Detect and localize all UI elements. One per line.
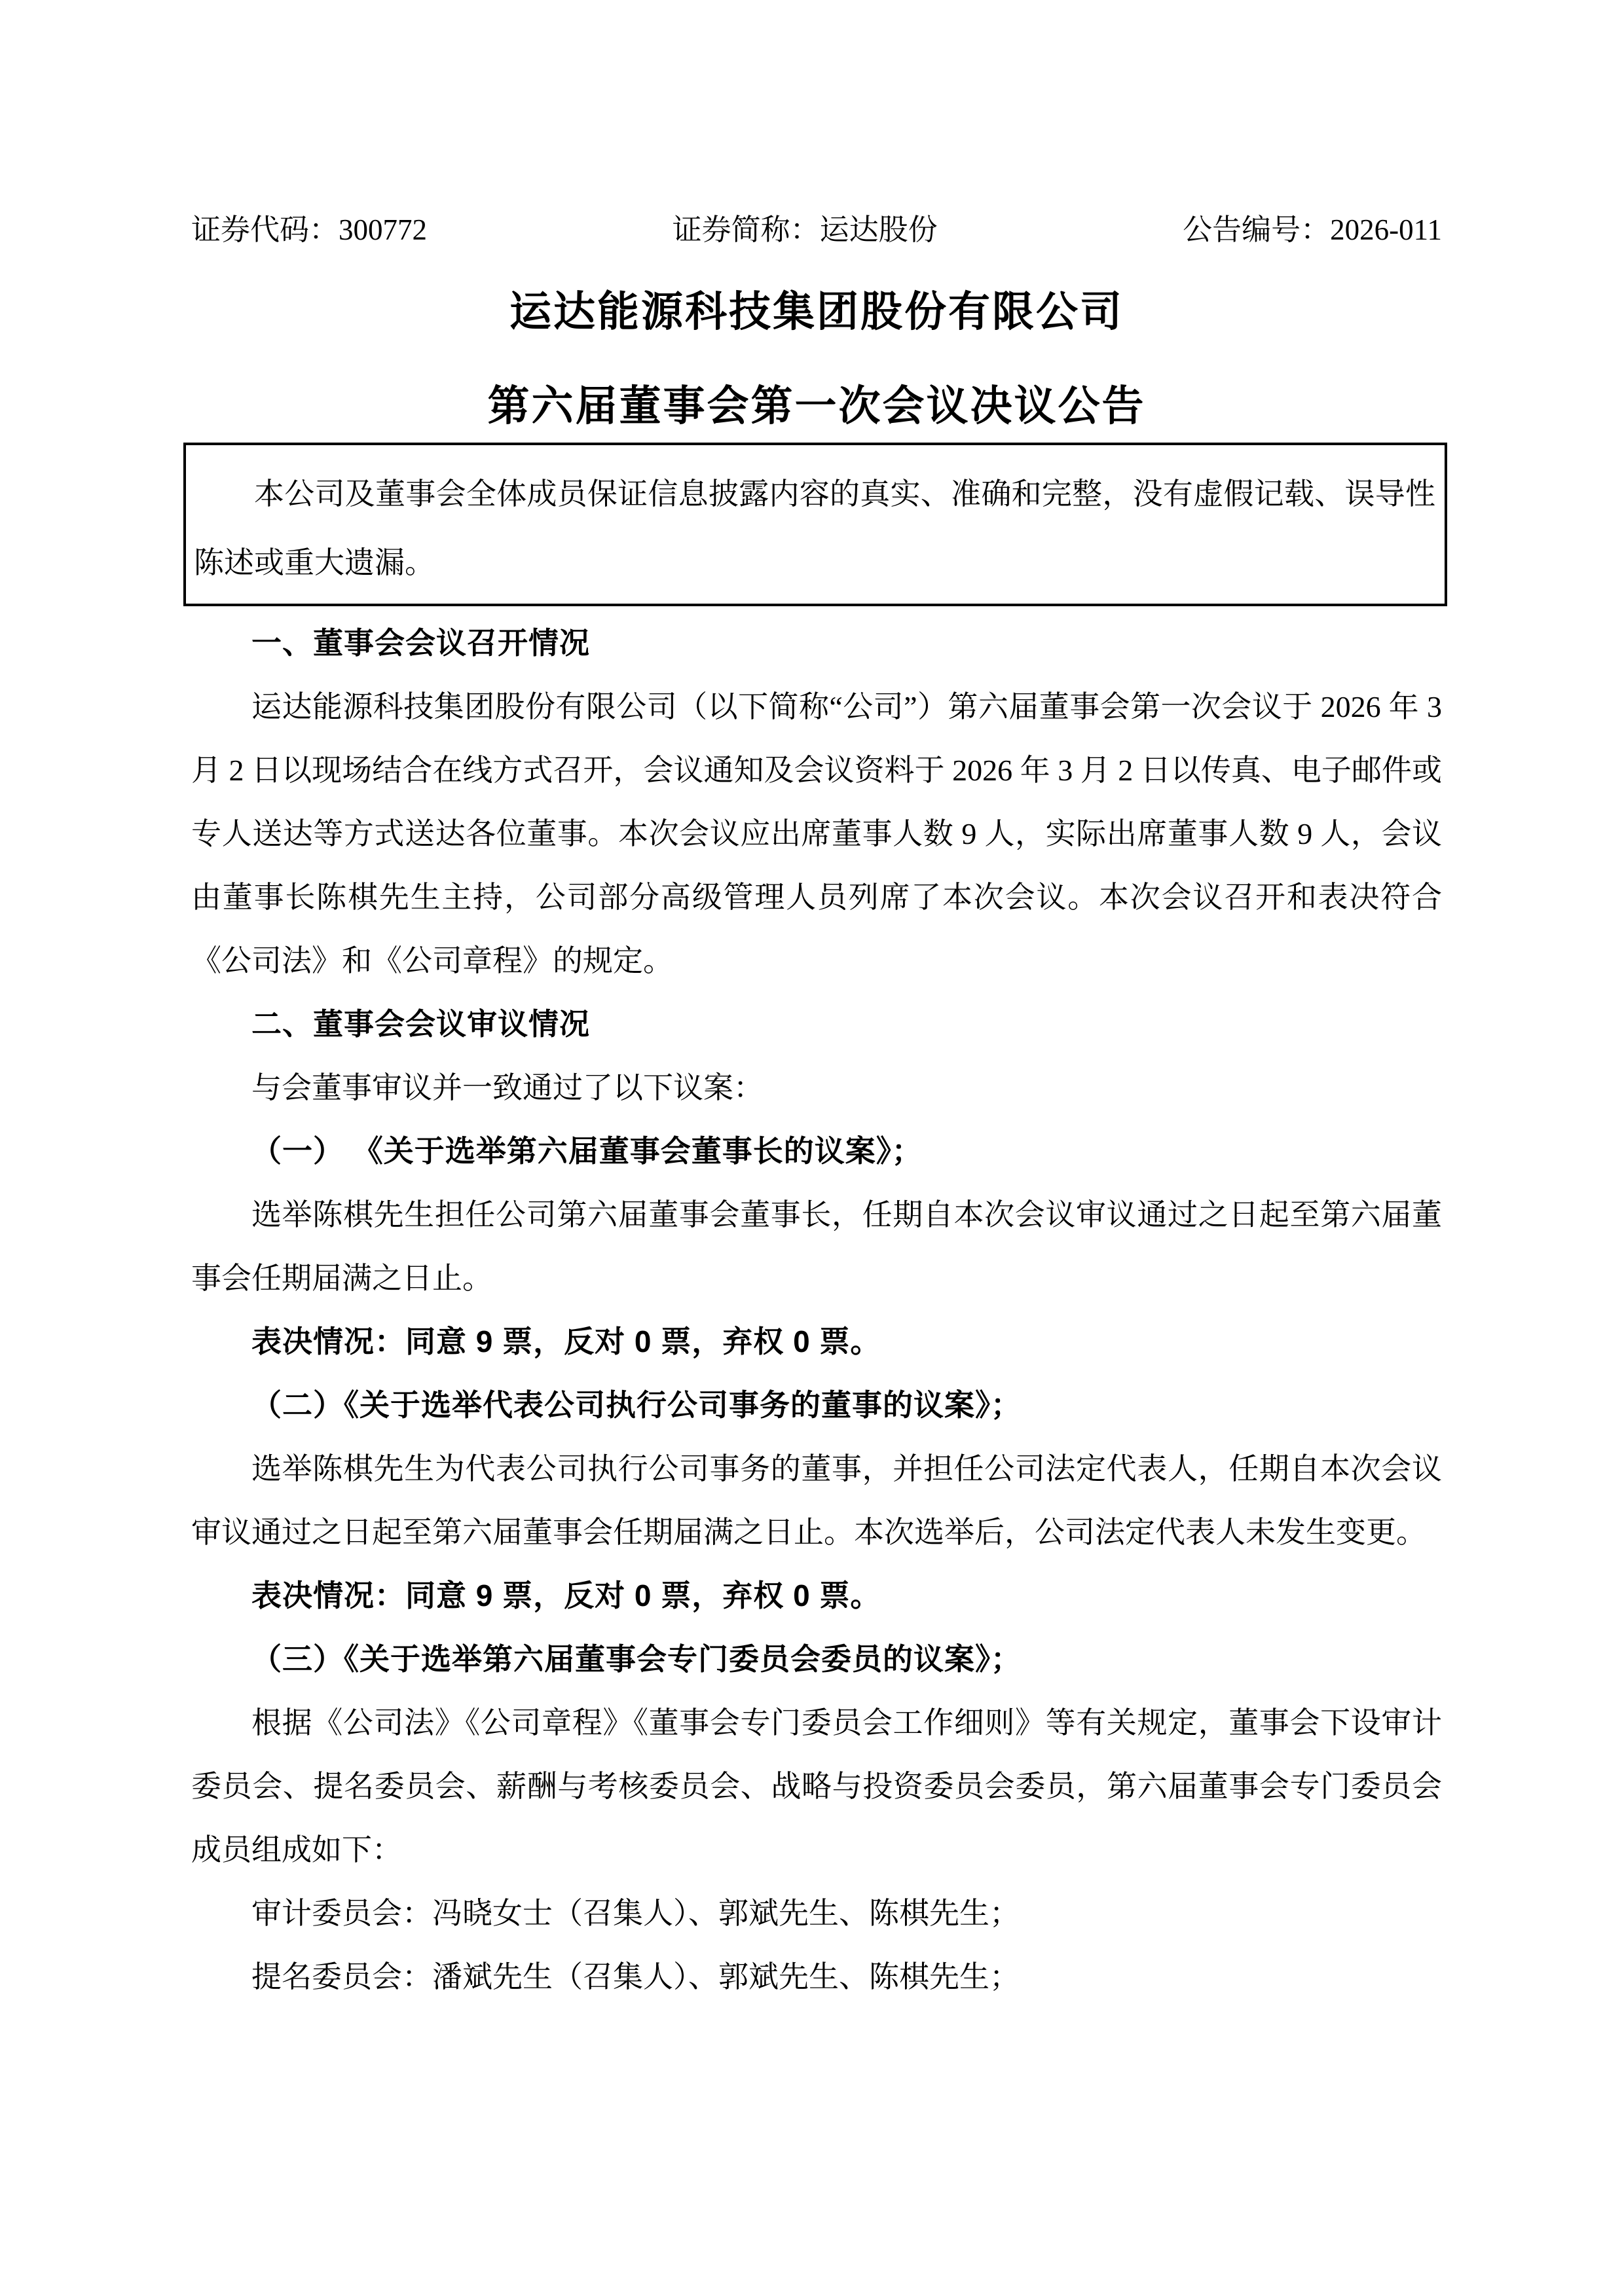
announcement-number-text: 公告编号：2026-011 xyxy=(1183,211,1442,249)
stock-short-name-text: 证券简称：运达股份 xyxy=(673,211,938,249)
document-header: 证券代码：300772 证券简称：运达股份 公告编号：2026-011 xyxy=(191,211,1442,249)
proposal-2-content-paragraph: 选举陈棋先生为代表公司执行公司事务的董事，并担任公司法定代表人，任期自本次会议审… xyxy=(191,1437,1442,1564)
nomination-committee-members: 提名委员会：潘斌先生（召集人）、郭斌先生、陈棋先生； xyxy=(191,1945,1442,2009)
section-heading-meeting-convening: 一、董事会会议召开情况 xyxy=(191,611,1442,675)
proposal-1-vote-result: 表决情况：同意 9 票，反对 0 票，弃权 0 票。 xyxy=(191,1310,1442,1374)
proposal-1-heading: （一） 《关于选举第六届董事会董事长的议案》； xyxy=(191,1120,1442,1183)
proposal-2-heading: （二）《关于选举代表公司执行公司事务的董事的议案》； xyxy=(191,1374,1442,1437)
company-name-title: 运达能源科技集团股份有限公司 xyxy=(191,288,1442,335)
meeting-convening-paragraph: 运达能源科技集团股份有限公司（以下简称“公司”）第六届董事会第一次会议于 202… xyxy=(191,675,1442,993)
proposal-3-content-paragraph: 根据《公司法》《公司章程》《董事会专门委员会工作细则》等有关规定，董事会下设审计… xyxy=(191,1691,1442,1882)
proposal-3-heading: （三）《关于选举第六届董事会专门委员会委员的议案》； xyxy=(191,1628,1442,1691)
stock-code-text: 证券代码：300772 xyxy=(191,211,427,249)
document-page: 证券代码：300772 证券简称：运达股份 公告编号：2026-011 运达能源… xyxy=(0,0,1624,2296)
disclaimer-text: 本公司及董事会全体成员保证信息披露内容的真实、准确和完整，没有虚假记载、误导性陈… xyxy=(194,460,1435,597)
announcement-title: 第六届董事会第一次会议决议公告 xyxy=(191,382,1442,429)
audit-committee-members: 审计委员会：冯晓女士（召集人）、郭斌先生、陈棋先生； xyxy=(191,1882,1442,1945)
proposal-2-vote-result: 表决情况：同意 9 票，反对 0 票，弃权 0 票。 xyxy=(191,1564,1442,1628)
document-body: 一、董事会会议召开情况 运达能源科技集团股份有限公司（以下简称“公司”）第六届董… xyxy=(191,611,1442,2009)
proposal-1-content-paragraph: 选举陈棋先生担任公司第六届董事会董事长，任期自本次会议审议通过之日起至第六届董事… xyxy=(191,1183,1442,1310)
resolutions-intro-paragraph: 与会董事审议并一致通过了以下议案： xyxy=(191,1056,1442,1120)
section-heading-deliberation: 二、董事会会议审议情况 xyxy=(191,993,1442,1056)
disclaimer-box: 本公司及董事会全体成员保证信息披露内容的真实、准确和完整，没有虚假记载、误导性陈… xyxy=(183,443,1447,606)
